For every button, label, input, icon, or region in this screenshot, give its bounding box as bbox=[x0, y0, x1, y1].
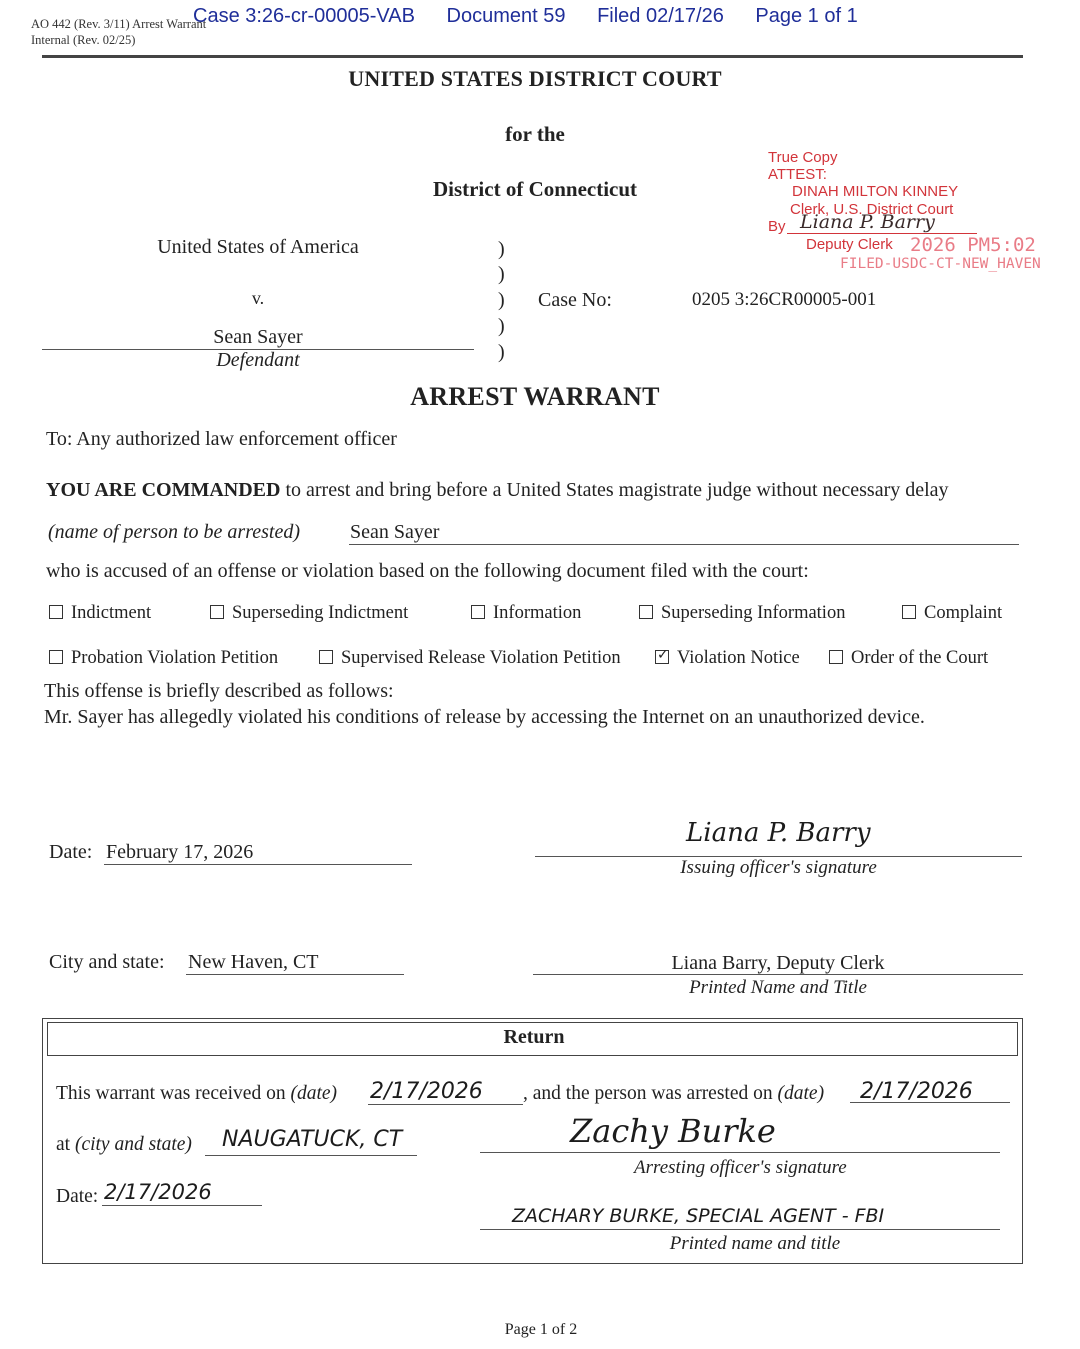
page-indicator: Page 1 of 1 bbox=[755, 5, 857, 27]
document-option-supervised-release-violation-petition[interactable]: Supervised Release Violation Petition bbox=[319, 648, 621, 669]
commanded-line: YOU ARE COMMANDED to arrest and bring be… bbox=[46, 479, 949, 502]
issue-city-label: City and state: bbox=[49, 951, 165, 974]
received-date-value: 2/17/2026 bbox=[370, 1079, 483, 1104]
arrest-city-value: NAUGATUCK, CT bbox=[222, 1127, 402, 1152]
arresting-printed-caption: Printed name and title bbox=[480, 1233, 1030, 1255]
document-option-probation-violation-petition[interactable]: Probation Violation Petition bbox=[49, 648, 278, 669]
arrest-city-line bbox=[205, 1155, 417, 1156]
city-word: (city and state) bbox=[75, 1134, 192, 1155]
return-date-label: Date: bbox=[56, 1186, 98, 1208]
arrestee-name-line bbox=[349, 544, 1019, 545]
checkbox-label: Supervised Release Violation Petition bbox=[341, 648, 621, 668]
received-line: This warrant was received on (date) bbox=[56, 1083, 337, 1105]
commanded-rest: to arrest and bring before a United Stat… bbox=[280, 479, 948, 501]
received-date-word: (date) bbox=[290, 1083, 337, 1104]
stamp-deputy-clerk: Deputy Clerk bbox=[806, 236, 893, 253]
warrant-title: ARREST WARRANT bbox=[0, 382, 1070, 412]
to-line: To: Any authorized law enforcement offic… bbox=[46, 428, 397, 451]
issuing-printed-name: Liana Barry, Deputy Clerk bbox=[533, 952, 1023, 975]
document-option-complaint[interactable]: Complaint bbox=[902, 603, 1002, 624]
return-title: Return bbox=[0, 1026, 1068, 1049]
issuing-signature-caption: Issuing officer's signature bbox=[535, 857, 1022, 879]
attest-stamp: True Copy ATTEST: bbox=[768, 149, 837, 183]
document-option-information[interactable]: Information bbox=[471, 603, 581, 624]
checkbox[interactable] bbox=[319, 650, 333, 664]
issue-date-value: February 17, 2026 bbox=[106, 841, 253, 864]
received-prefix: This warrant was received on bbox=[56, 1083, 286, 1104]
case-no-value: 0205 3:26CR00005-001 bbox=[692, 289, 876, 311]
arrest-location-line: at (city and state) bbox=[56, 1134, 192, 1156]
arrestee-name: Sean Sayer bbox=[350, 521, 439, 544]
document-number: Document 59 bbox=[447, 5, 566, 27]
caption-paren: ) bbox=[498, 341, 505, 364]
arresting-signature-line bbox=[480, 1152, 1000, 1153]
stamp-filed-time: 2026 PM5:02 bbox=[910, 234, 1036, 256]
checkbox-label: Superseding Information bbox=[661, 603, 845, 623]
at-prefix: at bbox=[56, 1134, 70, 1155]
document-option-indictment[interactable]: Indictment bbox=[49, 603, 151, 624]
issue-date-label: Date: bbox=[49, 841, 92, 864]
arresting-signature-caption: Arresting officer's signature bbox=[634, 1157, 847, 1179]
checkbox-label: Information bbox=[493, 603, 581, 623]
document-option-violation-notice[interactable]: Violation Notice bbox=[655, 648, 800, 669]
arresting-printed-line bbox=[480, 1229, 1000, 1230]
defendant-label: Defendant bbox=[0, 349, 516, 372]
stamp-by-label: By bbox=[768, 218, 786, 235]
case-number-stamp: Case 3:26-cr-00005-VAB bbox=[193, 5, 415, 27]
arrested-date-value: 2/17/2026 bbox=[860, 1079, 973, 1104]
caption-paren: ) bbox=[498, 315, 505, 338]
received-date-line bbox=[368, 1104, 523, 1105]
stamp-attest: ATTEST: bbox=[768, 166, 837, 183]
form-id-line-1: AO 442 (Rev. 3/11) Arrest Warrant bbox=[31, 16, 206, 32]
issuing-printed-caption: Printed Name and Title bbox=[533, 977, 1023, 999]
issue-city-line bbox=[186, 974, 404, 975]
checkbox[interactable] bbox=[471, 605, 485, 619]
checkbox-label: Probation Violation Petition bbox=[71, 648, 278, 668]
court-for-the: for the bbox=[0, 122, 1070, 147]
return-date-line bbox=[102, 1205, 262, 1206]
checkbox-label: Violation Notice bbox=[677, 648, 800, 668]
caption-paren: ) bbox=[498, 238, 505, 261]
return-date-value: 2/17/2026 bbox=[104, 1180, 212, 1204]
stamp-clerk-name: DINAH MILTON KINNEY bbox=[792, 183, 958, 200]
checkbox[interactable] bbox=[639, 605, 653, 619]
arrested-middle: , and the person was arrested on bbox=[523, 1083, 773, 1104]
checkbox[interactable] bbox=[49, 605, 63, 619]
arresting-printed-name: ZACHARY BURKE, SPECIAL AGENT - FBI bbox=[512, 1205, 884, 1227]
header-rule bbox=[42, 55, 1023, 58]
arrested-date-line bbox=[850, 1102, 1010, 1103]
versus: v. bbox=[0, 288, 516, 309]
caption-paren: ) bbox=[498, 263, 505, 286]
checkbox[interactable] bbox=[210, 605, 224, 619]
commanded-bold: YOU ARE COMMANDED bbox=[46, 479, 280, 501]
caption-paren: ) bbox=[498, 289, 505, 312]
defendant-name: Sean Sayer bbox=[0, 326, 516, 349]
checkbox[interactable] bbox=[902, 605, 916, 619]
checkbox-label: Indictment bbox=[71, 603, 151, 623]
arresting-officer-signature: Zachy Burke bbox=[570, 1112, 776, 1150]
form-id-line-2: Internal (Rev. 02/25) bbox=[31, 32, 206, 48]
checkbox-label: Complaint bbox=[924, 603, 1002, 623]
issuing-officer-signature: Liana P. Barry bbox=[686, 818, 871, 848]
arrested-line: , and the person was arrested on (date) bbox=[523, 1083, 824, 1105]
accused-line: who is accused of an offense or violatio… bbox=[46, 560, 809, 583]
document-option-superseding-information[interactable]: Superseding Information bbox=[639, 603, 845, 624]
checkbox[interactable] bbox=[829, 650, 843, 664]
case-no-label: Case No: bbox=[538, 289, 612, 312]
offense-intro: This offense is briefly described as fol… bbox=[44, 680, 394, 703]
ecf-filing-header: Case 3:26-cr-00005-VAB Document 59 Filed… bbox=[193, 5, 884, 28]
offense-description: Mr. Sayer has allegedly violated his con… bbox=[44, 706, 925, 729]
form-identifier: AO 442 (Rev. 3/11) Arrest Warrant Intern… bbox=[31, 16, 206, 48]
court-name: UNITED STATES DISTRICT COURT bbox=[0, 66, 1070, 92]
plaintiff-name: United States of America bbox=[0, 236, 516, 259]
stamp-signature: Liana P. Barry bbox=[800, 211, 935, 233]
document-option-superseding-indictment[interactable]: Superseding Indictment bbox=[210, 603, 408, 624]
name-label: (name of person to be arrested) bbox=[48, 521, 300, 544]
filed-date: Filed 02/17/26 bbox=[597, 5, 724, 27]
issuing-printed-line bbox=[533, 974, 1023, 975]
checkbox[interactable] bbox=[655, 650, 669, 664]
stamp-filed-location: FILED-USDC-CT-NEW_HAVEN bbox=[840, 256, 1041, 272]
document-option-order-of-the-court[interactable]: Order of the Court bbox=[829, 648, 988, 669]
stamp-true-copy: True Copy bbox=[768, 149, 837, 166]
issue-date-line bbox=[104, 864, 412, 865]
page-footer: Page 1 of 2 bbox=[0, 1321, 1080, 1339]
arrested-date-word: (date) bbox=[778, 1083, 825, 1104]
checkbox[interactable] bbox=[49, 650, 63, 664]
checkbox-label: Order of the Court bbox=[851, 648, 988, 668]
issue-city-value: New Haven, CT bbox=[188, 951, 319, 974]
checkbox-label: Superseding Indictment bbox=[232, 603, 408, 623]
